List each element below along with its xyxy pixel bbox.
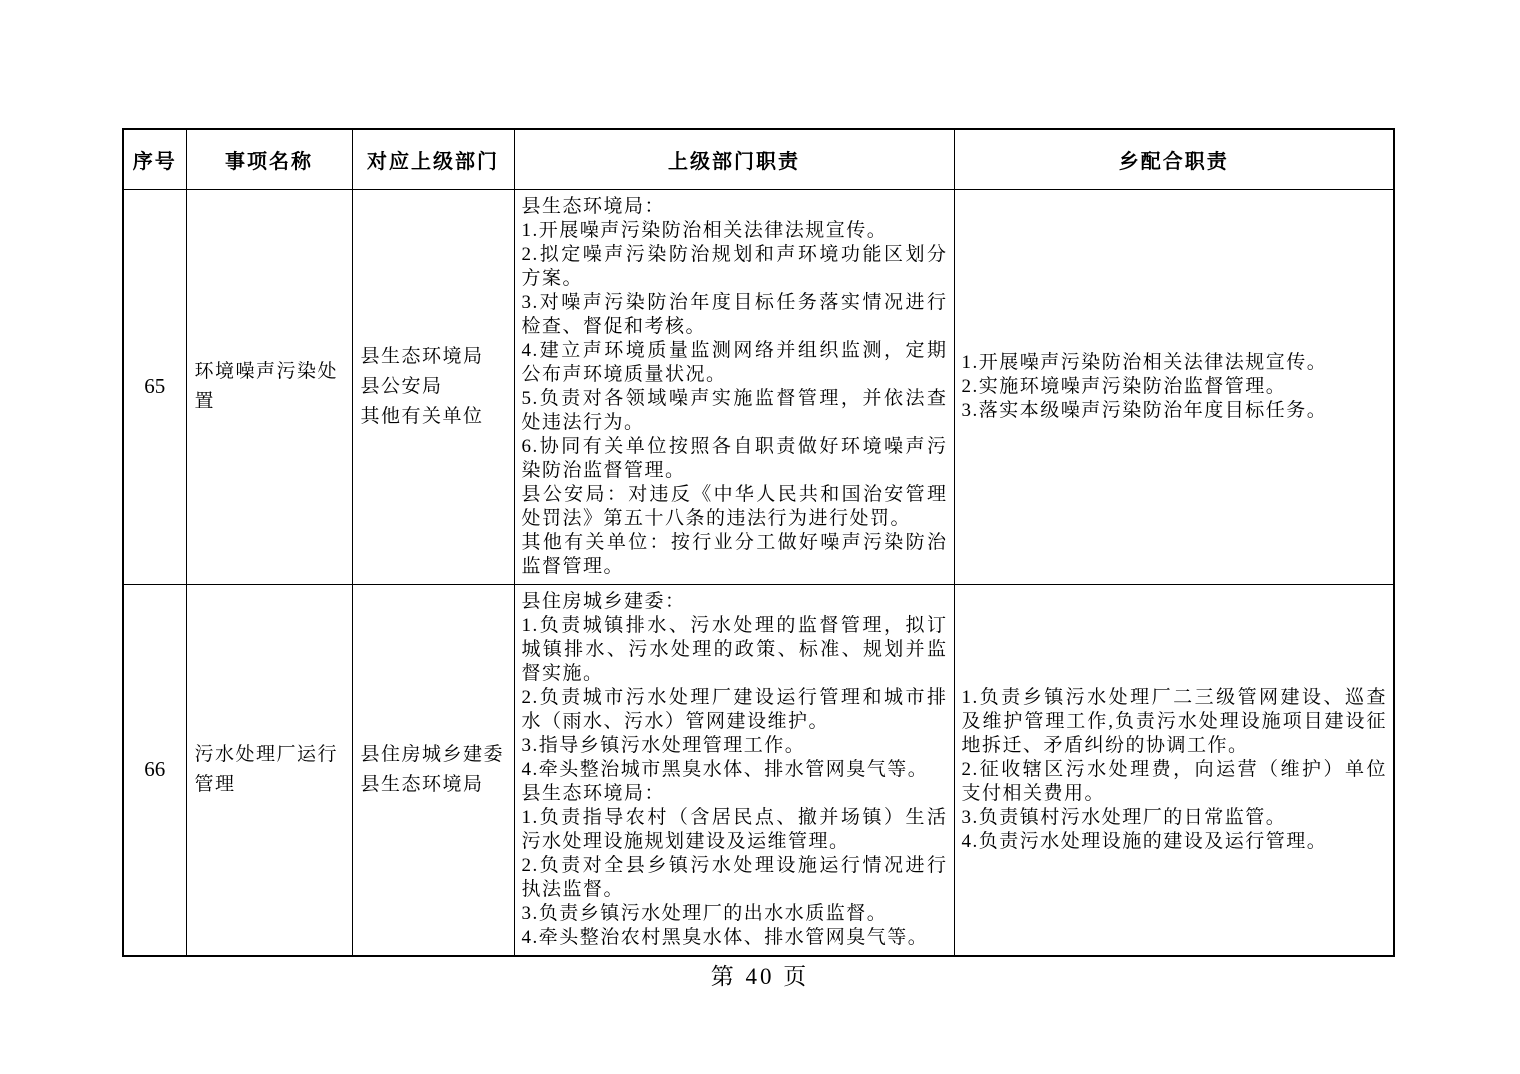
table-row: 65 环境噪声污染处置 县生态环境局 县公安局 其他有关单位 县生态环境局： 1… (123, 189, 1394, 584)
item-name-cell: 环境噪声污染处置 (186, 189, 352, 584)
header-superior-department: 对应上级部门 (352, 129, 514, 189)
header-item-name: 事项名称 (186, 129, 352, 189)
item-name-cell: 污水处理厂运行管理 (186, 584, 352, 956)
header-township-duties: 乡配合职责 (954, 129, 1394, 189)
serial-number-cell: 65 (123, 189, 186, 584)
superior-department-cell: 县住房城乡建委 县生态环境局 (352, 584, 514, 956)
table-header-row: 序号 事项名称 对应上级部门 上级部门职责 乡配合职责 (123, 129, 1394, 189)
township-duties-cell: 1.开展噪声污染防治相关法律法规宣传。 2.实施环境噪声污染防治监督管理。 3.… (954, 189, 1394, 584)
superior-department-cell: 县生态环境局 县公安局 其他有关单位 (352, 189, 514, 584)
superior-duties-cell: 县住房城乡建委： 1.负责城镇排水、污水处理的监督管理，拟订城镇排水、污水处理的… (514, 584, 954, 956)
serial-number-cell: 66 (123, 584, 186, 956)
superior-duties-cell: 县生态环境局： 1.开展噪声污染防治相关法律法规宣传。 2.拟定噪声污染防治规划… (514, 189, 954, 584)
table-row: 66 污水处理厂运行管理 县住房城乡建委 县生态环境局 县住房城乡建委： 1.负… (123, 584, 1394, 956)
header-superior-duties: 上级部门职责 (514, 129, 954, 189)
page-number: 第 40 页 (0, 958, 1520, 991)
township-duties-cell: 1.负责乡镇污水处理厂二三级管网建设、巡查及维护管理工作,负责污水处理设施项目建… (954, 584, 1394, 956)
responsibility-table: 序号 事项名称 对应上级部门 上级部门职责 乡配合职责 65 环境噪声污染处置 … (122, 128, 1395, 957)
header-serial-number: 序号 (123, 129, 186, 189)
